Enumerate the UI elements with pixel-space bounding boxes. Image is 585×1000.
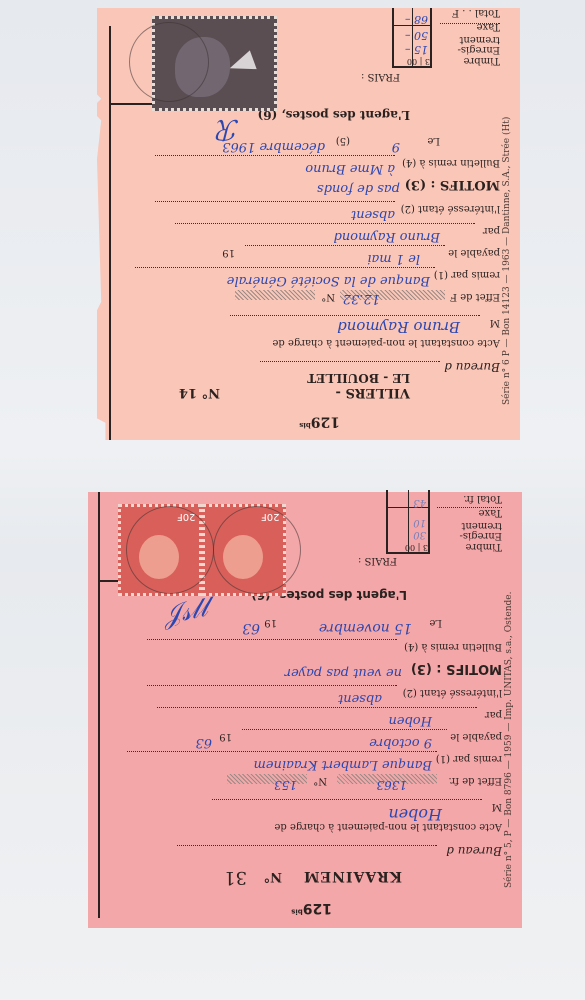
remis-value: Banque Lambert Kraainem [254,757,432,772]
payable-label: payable le [448,247,500,258]
le-ref: (5) [336,135,350,146]
bureau-stamp-line2: LE - BOUILLET [307,371,410,385]
payable-line [242,729,447,730]
m-line [212,799,482,800]
enreg-value: 30 [413,529,426,540]
serial-number-label: N° [264,869,282,884]
signature-1: ℛ [217,113,239,146]
interesse-label: l'intéressé étant (2) [401,203,500,214]
stamp-collar [226,50,256,77]
total-value: 43 [413,497,426,508]
agent-label: L'agent des postes, (6) [258,108,410,122]
timbre-label: Timbre [464,55,500,66]
m-label: M [490,317,500,328]
form-border-line [98,492,100,918]
par-value: Bruno Raymond [333,229,440,244]
par-line [175,223,475,224]
motifs-value: pas de fonds [317,181,400,196]
no-label: N° [313,775,327,786]
bureau-line [260,361,440,362]
total-separator [437,507,502,508]
frais-label: FRAIS : [358,555,397,566]
par-label: par [485,709,502,720]
remis-label: remis par (1) [436,753,502,764]
bureau-stamp-line1: KRAAINEM [303,868,402,884]
bulletin-line [147,639,397,640]
frais-label: FRAIS : [361,71,400,82]
postal-form-2: Série n° 5, P — Bon 8796 — 1959 — Imp. U… [88,492,522,928]
enreg-label: Enregis- trement [457,34,500,54]
le-label: Le [427,135,440,146]
bulletin-line [155,155,395,156]
payable-value: 9 octobre [369,735,432,750]
remis-value: Banque de la Société Générale [227,273,430,288]
par-line [157,707,477,708]
m-value: Hoben [388,805,442,824]
le-label: Le [429,617,442,628]
m-line [230,315,480,316]
no-label: N° [321,291,335,302]
enreg-value: 15 – [405,43,428,56]
payable-year-value: 63 [195,735,212,750]
total-label: Total fr. [463,493,502,504]
bulletin-label: Bulletin remis à (4) [404,641,502,652]
bureau-stamp-line1: VILLERS - [336,385,410,400]
postmark-circle [129,22,209,102]
par-value: Hoben [388,713,432,728]
motifs-label: MOTIFS : (3) [405,177,500,192]
bureau-label: Bureau d [446,844,502,858]
form-number: 129bis [291,900,332,916]
timbre-label: Timbre [466,541,502,552]
payable-line [245,245,445,246]
postmark-circle-right [213,506,301,594]
taxe-value: 50 – [405,29,428,42]
postal-form-1: Série n° 6 P — Bon 14123 — 1963 — Dantin… [97,8,520,440]
timbre-value: 3 | 00 [405,543,428,552]
m-value: Bruno Raymond [337,318,460,336]
le-value: 15 novembre [319,620,412,636]
bulletin-label: Bulletin remis à (4) [402,157,500,168]
interesse-line [147,685,397,686]
motifs-label: MOTIFS : (3) [411,661,502,676]
no-value: 153 [274,778,297,792]
taxe-value: 10 [413,517,426,528]
total-label: Total . . F [452,7,500,18]
total-value: 68 – [405,13,428,26]
interesse-value: absent [351,207,395,222]
payable-value: le 1 mai [367,251,420,266]
payable-year-label: 19 [219,731,232,742]
par-label: par [483,225,500,236]
effet-label: Effet de F [450,291,500,302]
bureau-line [177,845,437,846]
total-separator [440,23,500,24]
series-imprint: Série n° 5, P — Bon 8796 — 1959 — Imp. U… [504,592,514,888]
serial-number: 31 [224,867,247,888]
postmark-circle-left [126,506,214,594]
payable-year-label: 19 [222,247,235,258]
le-year-label: 19 [264,617,277,628]
effet-number-box [235,290,315,300]
no-value: 12.32 [343,291,380,306]
le-year-value: 63 [242,620,260,636]
effet-label: Effet de fr. [448,775,502,786]
bureau-label: Bureau d [444,360,500,374]
serial-number: N° 14 [179,385,220,400]
interesse-label: l'intéressé étant (2) [403,687,502,698]
remis-line [127,751,437,752]
form-border-line [109,26,111,440]
enreg-label: Enregis- trement [459,520,502,540]
m-label: M [492,801,502,812]
bulletin-value: à Mme Bruno [305,161,395,176]
interesse-line [155,201,395,202]
remis-label: remis par (1) [434,269,500,280]
interesse-value: absent [338,691,382,706]
series-imprint: Série n° 6 P — Bon 14123 — 1963 — Dantin… [502,117,512,405]
acte-label: Acte constatant le non-paiement à charge… [272,337,500,348]
remis-line [135,267,435,268]
form-number: 129bis [299,413,340,430]
payable-label: payable le [450,731,502,742]
effet-value: 1363 [376,778,407,792]
le-day: 9 [392,139,400,154]
timbre-value: 3 | 00 [407,57,430,66]
taxe-label: Taxe [479,507,502,518]
motifs-value: ne veut pas payer [285,665,402,680]
